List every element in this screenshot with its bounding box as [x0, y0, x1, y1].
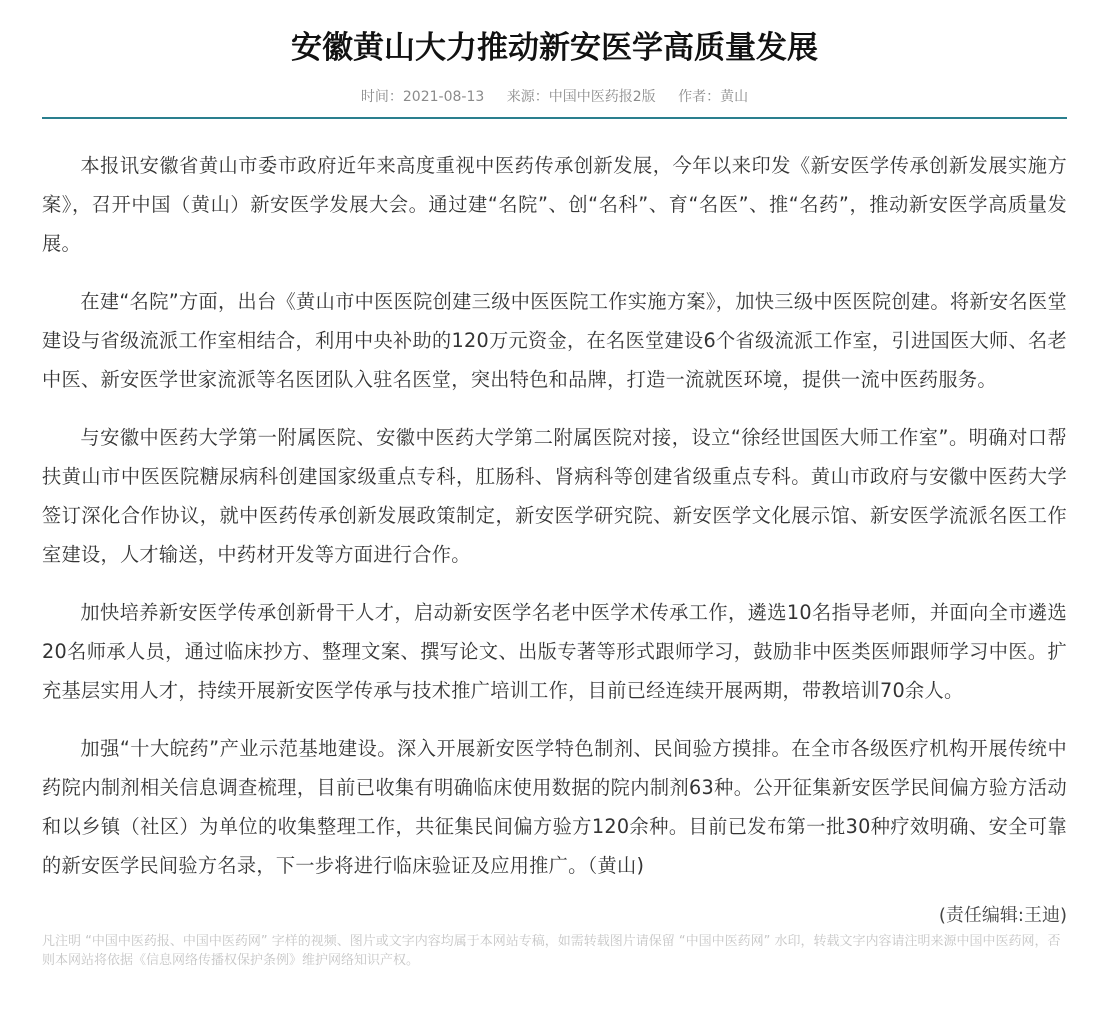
meta-source-label: 来源：	[507, 89, 549, 105]
paragraph: 在建“名院”方面，出台《黄山市中医医院创建三级中医医院工作实施方案》，加快三级中…	[42, 282, 1067, 399]
paragraph: 加强“十大皖药”产业示范基地建设。深入开展新安医学特色制剂、民间验方摸排。在全市…	[42, 729, 1067, 885]
meta-time-label: 时间：	[361, 89, 403, 105]
article-body: 本报讯安徽省黄山市委市政府近年来高度重视中医药传承创新发展，今年以来印发《新安医…	[42, 146, 1067, 885]
article: 安徽黄山大力推动新安医学高质量发展 时间：2021-08-13 来源：中国中医药…	[42, 0, 1067, 970]
meta-source-value: 中国中医药报2版	[549, 89, 656, 105]
paragraph: 加快培养新安医学传承创新骨干人才，启动新安医学名老中医学术传承工作，遴选10名指…	[42, 593, 1067, 710]
meta-time-value: 2021-08-13	[403, 89, 484, 105]
paragraph: 本报讯安徽省黄山市委市政府近年来高度重视中医药传承创新发展，今年以来印发《新安医…	[42, 146, 1067, 263]
responsible-editor: (责任编辑:王迪)	[42, 904, 1067, 928]
copyright-notice: 凡注明 “中国中医药报、中国中医药网” 字样的视频、图片或文字内容均属于本网站专…	[42, 932, 1072, 970]
paragraph: 与安徽中医药大学第一附属医院、安徽中医药大学第二附属医院对接，设立“徐经世国医大…	[42, 418, 1067, 574]
article-meta: 时间：2021-08-13 来源：中国中医药报2版 作者：黄山	[42, 87, 1067, 107]
meta-author-label: 作者：	[678, 89, 720, 105]
meta-author: 作者：黄山	[678, 89, 748, 105]
meta-source: 来源：中国中医药报2版	[507, 89, 656, 105]
article-title: 安徽黄山大力推动新安医学高质量发展	[42, 0, 1067, 70]
title-divider	[42, 117, 1067, 119]
meta-time: 时间：2021-08-13	[361, 89, 484, 105]
meta-author-value: 黄山	[720, 89, 748, 105]
